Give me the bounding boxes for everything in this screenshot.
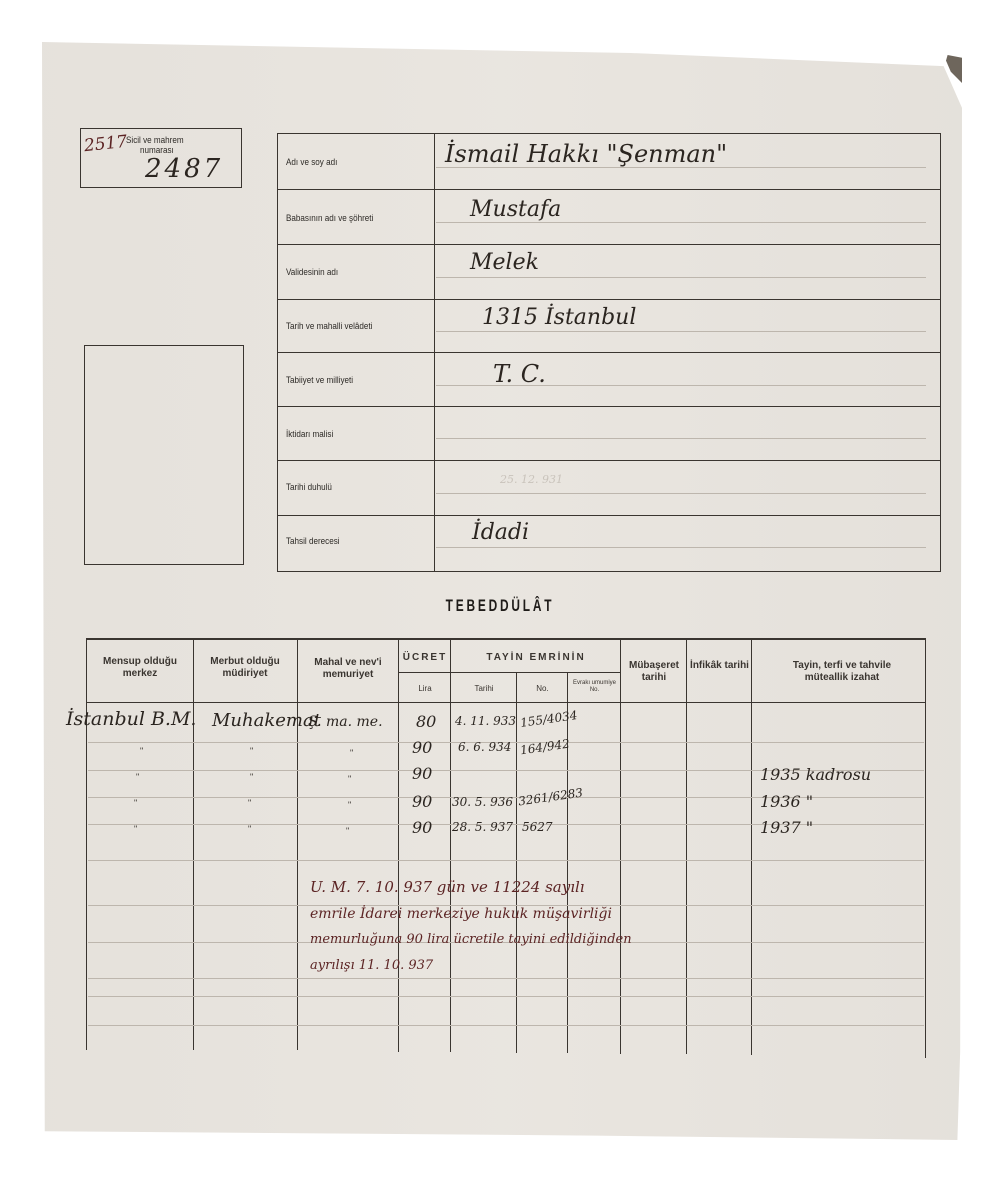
row-divider — [277, 299, 941, 300]
header-ucret: ÜCRET — [400, 652, 450, 664]
value-name: İsmail Hakkı "Şenman" — [445, 140, 727, 168]
ruled-line — [88, 978, 924, 979]
header-bottom-border — [86, 702, 926, 703]
header-izahat: Tayin, terfi ve tahvile müteallik izahat — [772, 660, 912, 684]
row-divider — [277, 244, 941, 245]
row4-merkez-ditto: " — [134, 798, 137, 808]
col-line — [620, 638, 621, 1054]
label-name: Adı ve soy adı — [286, 157, 337, 167]
value-father: Mustafa — [470, 197, 561, 222]
col-line — [193, 638, 194, 1050]
row5-lira: 90 — [412, 818, 432, 837]
header-no: No. — [518, 683, 567, 695]
ruled-line — [436, 222, 926, 223]
label-financial: İktidarı malisi — [286, 429, 333, 439]
value-nationality: T. C. — [493, 360, 546, 388]
registry-number: 2487 — [145, 154, 223, 184]
header-tarihi: Tarihi — [452, 683, 516, 695]
section-title: TEBEDDÜLÂT — [444, 596, 556, 616]
label-education: Tahsil derecesi — [286, 536, 340, 546]
value-mother: Melek — [470, 250, 539, 275]
row3-memuriyet-ditto: " — [348, 774, 351, 784]
header-evraki-umumiye: Evrakı umumiye No. — [569, 680, 620, 694]
row3-mudiriyet-ditto: " — [250, 772, 253, 782]
row3-izahat: 1935 kadrosu — [760, 765, 871, 784]
row-divider — [277, 406, 941, 407]
table-top-border — [86, 638, 926, 640]
note-line-4: ayrılışı 11. 10. 937 — [310, 958, 433, 973]
note-line-2: emrile İdarei merkeziye hukuk müşavirliğ… — [310, 906, 612, 922]
row-divider — [277, 189, 941, 190]
col-line — [398, 638, 399, 1052]
row-divider — [277, 352, 941, 353]
label-father: Babasının adı ve şöhreti — [286, 213, 373, 223]
row2-tarihi: 6. 6. 934 — [458, 740, 511, 754]
header-lira: Lira — [400, 683, 450, 695]
header-merkez: Mensup olduğu merkez — [92, 656, 188, 680]
row5-no: 5627 — [522, 820, 553, 834]
row3-lira: 90 — [412, 764, 432, 783]
row3-merkez-ditto: " — [136, 772, 139, 782]
ruled-line — [88, 1025, 924, 1026]
label-entry-date: Tarihi duhulü — [286, 482, 332, 492]
row1-merkez: İstanbul B.M. — [66, 708, 196, 730]
row5-izahat: 1937 " — [760, 818, 813, 837]
col-line — [450, 638, 451, 1052]
row1-mudiriyet: Muhakemat — [212, 710, 321, 731]
row-divider — [277, 515, 941, 516]
header-memuriyet: Mahal ve nev'i memuriyet — [302, 657, 394, 681]
row-divider — [277, 460, 941, 461]
ruled-line — [436, 438, 926, 439]
row2-mudiriyet-ditto: " — [250, 746, 253, 756]
col-line — [751, 638, 752, 1055]
row4-tarihi: 30. 5. 936 — [452, 795, 513, 809]
row4-mudiriyet-ditto: " — [248, 798, 251, 808]
subheader-divider-ucret — [398, 672, 620, 673]
value-education: İdadi — [472, 520, 529, 545]
value-birth: 1315 İstanbul — [482, 305, 636, 330]
col-line — [686, 638, 687, 1054]
ruled-line — [88, 996, 924, 997]
row2-lira: 90 — [412, 738, 432, 757]
ruled-line — [436, 277, 926, 278]
col-line — [925, 638, 926, 1058]
row2-merkez-ditto: " — [140, 746, 143, 756]
row4-memuriyet-ditto: " — [348, 800, 351, 810]
ruled-line — [436, 331, 926, 332]
row1-lira: 80 — [416, 712, 436, 731]
header-mudiriyet: Merbut olduğu müdiriyet — [198, 656, 292, 680]
ruled-line — [436, 493, 926, 494]
header-mubaseret: Mübaşeret tarihi — [622, 660, 686, 684]
label-nationality: Tabiiyet ve milliyeti — [286, 375, 353, 385]
label-birth: Tarih ve mahalli velâdeti — [286, 321, 372, 331]
row1-memuriyet: Ş. ma. me. — [308, 714, 383, 730]
col-line — [86, 638, 87, 1050]
row5-mudiriyet-ditto: " — [248, 824, 251, 834]
value-entry-date: 25. 12. 931 — [500, 473, 563, 486]
row2-memuriyet-ditto: " — [350, 748, 353, 758]
note-line-1: U. M. 7. 10. 937 gün ve 11224 sayılı — [310, 878, 585, 896]
row5-tarihi: 28. 5. 937 — [452, 820, 513, 834]
row1-tarihi: 4. 11. 933 — [455, 714, 516, 728]
col-line — [297, 638, 298, 1050]
label-mother: Validesinin adı — [286, 267, 338, 277]
row5-memuriyet-ditto: " — [346, 826, 349, 836]
row5-merkez-ditto: " — [134, 824, 137, 834]
header-infikak: İnfikâk tarihi — [688, 660, 751, 672]
header-tayin-emrinin: TAYİN EMRİNİN — [452, 652, 620, 664]
ruled-line — [436, 547, 926, 548]
registry-label-line1: Sicil ve mahrem — [126, 135, 184, 145]
row4-lira: 90 — [412, 792, 432, 811]
photo-box — [84, 345, 244, 565]
note-line-3: memurluğuna 90 lira ücretile tayini edil… — [310, 932, 632, 947]
row4-izahat: 1936 " — [760, 792, 813, 811]
ruled-line — [88, 860, 924, 861]
